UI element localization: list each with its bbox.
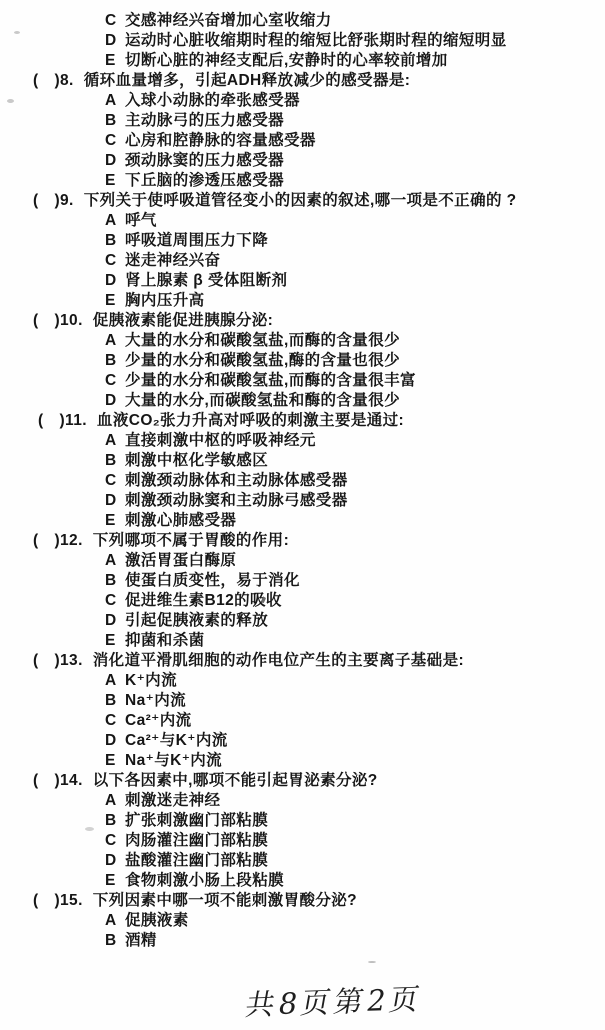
carryover-option-d: D运动时心脏收缩期时程的缩短比舒张期时程的缩短明显 — [0, 31, 605, 51]
question-8-number: ( )8. — [33, 71, 74, 91]
question-11-stem: 血液CO₂张力升高对呼吸的刺激主要是通过: — [97, 412, 404, 429]
question-13-option-b: BNa⁺内流 — [0, 691, 605, 711]
question-10-option-c: C少量的水分和碳酸氢盐,而酶的含量很丰富 — [0, 371, 605, 391]
question-11-option-a: A直接刺激中枢的呼吸神经元 — [0, 431, 605, 451]
option-text: 主动脉弓的压力感受器 — [125, 112, 284, 129]
question-12-number: ( )12. — [33, 531, 83, 551]
question-10-option-a: A大量的水分和碳酸氢盐,而酶的含量很少 — [0, 331, 605, 351]
question-9-number: ( )9. — [33, 191, 74, 211]
option-letter: C — [105, 251, 117, 271]
question-9-stem-row: ( )9.下列关于使呼吸道管径变小的因素的叙述,哪一项是不正确的 ? — [0, 191, 605, 211]
option-text: 刺激迷走神经 — [125, 792, 220, 809]
question-12-stem: 下列哪项不属于胃酸的作用: — [93, 532, 289, 549]
option-letter: E — [105, 631, 117, 651]
option-text: 刺激中枢化学敏感区 — [125, 452, 268, 469]
scan-speck — [85, 827, 94, 831]
option-text: 交感神经兴奋增加心室收缩力 — [125, 12, 332, 29]
option-text: Na⁺与K⁺内流 — [125, 752, 222, 769]
option-text: 运动时心脏收缩期时程的缩短比舒张期时程的缩短明显 — [125, 32, 507, 49]
option-text: 少量的水分和碳酸氢盐,而酶的含量很丰富 — [125, 372, 416, 389]
scan-speck — [368, 961, 376, 963]
question-12-option-b: B使蛋白质变性，易于消化 — [0, 571, 605, 591]
option-letter: A — [105, 431, 117, 451]
question-9-stem: 下列关于使呼吸道管径变小的因素的叙述,哪一项是不正确的 ? — [84, 192, 517, 209]
question-13-option-a: AK⁺内流 — [0, 671, 605, 691]
question-9-option-e: E胸内压升高 — [0, 291, 605, 311]
question-13-option-c: CCa²⁺内流 — [0, 711, 605, 731]
option-text: 促胰液素 — [125, 912, 189, 929]
question-8-option-a: A入球小动脉的牵张感受器 — [0, 91, 605, 111]
option-text: 直接刺激中枢的呼吸神经元 — [125, 432, 316, 449]
option-letter: A — [105, 91, 117, 111]
question-15-option-a: A促胰液素 — [0, 911, 605, 931]
question-10-option-d: D大量的水分,而碳酸氢盐和酶的含量很少 — [0, 391, 605, 411]
option-letter: B — [105, 811, 117, 831]
question-11-stem-row: ( )11.血液CO₂张力升高对呼吸的刺激主要是通过: — [0, 411, 605, 431]
option-text: 肾上腺素 β 受体阻断剂 — [125, 272, 287, 289]
option-text: 引起促胰液素的释放 — [125, 612, 268, 629]
option-text: 盐酸灌注幽门部粘膜 — [125, 852, 268, 869]
option-text: 胸内压升高 — [125, 292, 205, 309]
option-text: 刺激颈动脉窦和主动脉弓感受器 — [125, 492, 348, 509]
option-text: 肉肠灌注幽门部粘膜 — [125, 832, 268, 849]
option-letter: B — [105, 451, 117, 471]
option-letter: A — [105, 671, 117, 691]
question-13-stem: 消化道平滑肌细胞的动作电位产生的主要离子基础是: — [93, 652, 464, 669]
option-letter: B — [105, 351, 117, 371]
exam-text-block: C交感神经兴奋增加心室收缩力 D运动时心脏收缩期时程的缩短比舒张期时程的缩短明显… — [0, 11, 605, 951]
option-text: 扩张刺激幽门部粘膜 — [125, 812, 268, 829]
option-text: 抑菌和杀菌 — [125, 632, 205, 649]
option-text: 迷走神经兴奋 — [125, 252, 220, 269]
option-letter: C — [105, 711, 117, 731]
option-text: 使蛋白质变性，易于消化 — [125, 572, 300, 589]
question-8-stem: 循环血量增多，引起ADH释放减少的感受器是: — [84, 72, 411, 89]
scan-speck — [14, 31, 20, 34]
question-12-option-d: D引起促胰液素的释放 — [0, 611, 605, 631]
option-letter: C — [105, 371, 117, 391]
option-text: 酒精 — [125, 932, 157, 949]
scanned-exam-page: C交感神经兴奋增加心室收缩力 D运动时心脏收缩期时程的缩短比舒张期时程的缩短明显… — [0, 0, 605, 1030]
question-11-option-b: B刺激中枢化学敏感区 — [0, 451, 605, 471]
question-13-stem-row: ( )13.消化道平滑肌细胞的动作电位产生的主要离子基础是: — [0, 651, 605, 671]
option-text: 切断心脏的神经支配后,安静时的心率较前增加 — [125, 52, 448, 69]
page-number-handwritten: 共8页第2页 — [242, 977, 426, 1024]
carryover-option-c: C交感神经兴奋增加心室收缩力 — [0, 11, 605, 31]
question-13-option-d: DCa²⁺与K⁺内流 — [0, 731, 605, 751]
carryover-option-e: E切断心脏的神经支配后,安静时的心率较前增加 — [0, 51, 605, 71]
question-14-option-d: D盐酸灌注幽门部粘膜 — [0, 851, 605, 871]
option-letter: B — [105, 691, 117, 711]
question-14-stem-row: ( )14.以下各因素中,哪项不能引起胃泌素分泌? — [0, 771, 605, 791]
option-letter: B — [105, 931, 117, 951]
question-8-option-d: D颈动脉窦的压力感受器 — [0, 151, 605, 171]
option-letter: A — [105, 551, 117, 571]
question-14-option-c: C肉肠灌注幽门部粘膜 — [0, 831, 605, 851]
question-10-stem-row: ( )10.促胰液素能促进胰腺分泌: — [0, 311, 605, 331]
option-letter: D — [105, 611, 117, 631]
question-15-number: ( )15. — [33, 891, 83, 911]
option-letter: D — [105, 391, 117, 411]
question-14-stem: 以下各因素中,哪项不能引起胃泌素分泌? — [93, 772, 378, 789]
scan-speck — [7, 99, 14, 103]
question-8-option-b: B主动脉弓的压力感受器 — [0, 111, 605, 131]
question-15-stem: 下列因素中哪一项不能刺激胃酸分泌? — [93, 892, 357, 909]
question-14-number: ( )14. — [33, 771, 83, 791]
question-11-option-d: D刺激颈动脉窦和主动脉弓感受器 — [0, 491, 605, 511]
option-letter: D — [105, 851, 117, 871]
option-text: 促进维生素B12的吸收 — [125, 592, 282, 609]
option-text: 激活胃蛋白酶原 — [125, 552, 236, 569]
option-letter: B — [105, 111, 117, 131]
question-13-option-e: ENa⁺与K⁺内流 — [0, 751, 605, 771]
question-12-option-e: E抑菌和杀菌 — [0, 631, 605, 651]
option-text: 大量的水分和碳酸氢盐,而酶的含量很少 — [125, 332, 400, 349]
option-letter: E — [105, 871, 117, 891]
option-text: Na⁺内流 — [125, 692, 186, 709]
question-9-option-d: D肾上腺素 β 受体阻断剂 — [0, 271, 605, 291]
option-letter: D — [105, 31, 117, 51]
question-9-option-b: B呼吸道周围压力下降 — [0, 231, 605, 251]
option-letter: A — [105, 211, 117, 231]
option-text: 刺激颈动脉体和主动脉体感受器 — [125, 472, 348, 489]
option-text: 呼气 — [125, 212, 157, 229]
option-text: 心房和腔静脉的容量感受器 — [125, 132, 316, 149]
option-text: 下丘脑的渗透压感受器 — [125, 172, 284, 189]
option-text: 刺激心肺感受器 — [125, 512, 236, 529]
question-11-number: ( )11. — [38, 411, 87, 431]
question-8-option-c: C心房和腔静脉的容量感受器 — [0, 131, 605, 151]
option-letter: D — [105, 731, 117, 751]
option-letter: E — [105, 51, 117, 71]
option-letter: B — [105, 571, 117, 591]
option-letter: E — [105, 511, 117, 531]
option-letter: A — [105, 331, 117, 351]
option-letter: E — [105, 291, 117, 311]
option-letter: B — [105, 231, 117, 251]
option-letter: D — [105, 271, 117, 291]
question-15-stem-row: ( )15.下列因素中哪一项不能刺激胃酸分泌? — [0, 891, 605, 911]
option-letter: C — [105, 591, 117, 611]
option-letter: D — [105, 491, 117, 511]
option-letter: C — [105, 471, 117, 491]
option-text: Ca²⁺与K⁺内流 — [125, 732, 228, 749]
question-10-option-b: B少量的水分和碳酸氢盐,酶的含量也很少 — [0, 351, 605, 371]
option-letter: E — [105, 171, 117, 191]
option-text: 食物刺激小肠上段粘膜 — [125, 872, 284, 889]
option-text: 少量的水分和碳酸氢盐,酶的含量也很少 — [125, 352, 400, 369]
option-letter: C — [105, 831, 117, 851]
option-text: 颈动脉窦的压力感受器 — [125, 152, 284, 169]
question-14-option-e: E食物刺激小肠上段粘膜 — [0, 871, 605, 891]
question-13-number: ( )13. — [33, 651, 83, 671]
option-text: 大量的水分,而碳酸氢盐和酶的含量很少 — [125, 392, 400, 409]
question-14-option-a: A刺激迷走神经 — [0, 791, 605, 811]
question-12-option-a: A激活胃蛋白酶原 — [0, 551, 605, 571]
option-letter: E — [105, 751, 117, 771]
option-text: K⁺内流 — [125, 672, 177, 689]
option-letter: D — [105, 151, 117, 171]
option-letter: C — [105, 131, 117, 151]
question-8-option-e: E下丘脑的渗透压感受器 — [0, 171, 605, 191]
option-text: 呼吸道周围压力下降 — [125, 232, 268, 249]
option-letter: C — [105, 11, 117, 31]
question-15-option-b: B酒精 — [0, 931, 605, 951]
question-11-option-e: E刺激心肺感受器 — [0, 511, 605, 531]
option-letter: A — [105, 911, 117, 931]
question-10-stem: 促胰液素能促进胰腺分泌: — [93, 312, 273, 329]
option-letter: A — [105, 791, 117, 811]
option-text: 入球小动脉的牵张感受器 — [125, 92, 300, 109]
question-12-stem-row: ( )12.下列哪项不属于胃酸的作用: — [0, 531, 605, 551]
question-11-option-c: C刺激颈动脉体和主动脉体感受器 — [0, 471, 605, 491]
question-9-option-c: C迷走神经兴奋 — [0, 251, 605, 271]
question-9-option-a: A呼气 — [0, 211, 605, 231]
question-8-stem-row: ( )8.循环血量增多，引起ADH释放减少的感受器是: — [0, 71, 605, 91]
question-10-number: ( )10. — [33, 311, 83, 331]
option-text: Ca²⁺内流 — [125, 712, 192, 729]
question-12-option-c: C促进维生素B12的吸收 — [0, 591, 605, 611]
